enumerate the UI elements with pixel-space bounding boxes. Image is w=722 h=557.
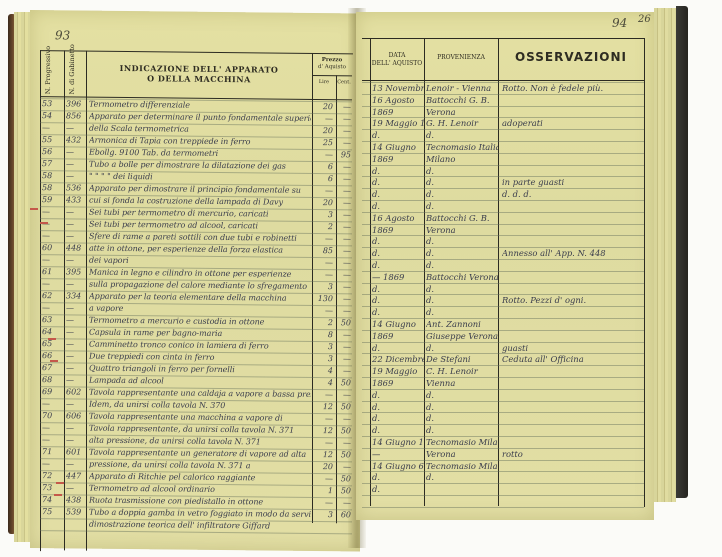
- entry-cabinet-number: 536: [66, 182, 86, 194]
- entry-progressive-number: —: [42, 422, 64, 434]
- entry-cabinet-number: 602: [66, 386, 86, 398]
- entry-observation: guasti: [502, 342, 642, 354]
- entry-progressive-number: 57: [42, 158, 64, 170]
- entry-progressive-number: 75: [42, 506, 64, 518]
- entry-purchase-date: 1869: [372, 106, 424, 118]
- entry-observation: in parte guasti: [502, 176, 642, 188]
- entry-progressive-number: 67: [42, 362, 64, 374]
- entry-cabinet-number: 438: [66, 494, 86, 506]
- entry-price-lire: 12: [313, 401, 333, 413]
- entry-price-lire: —: [313, 389, 333, 401]
- entry-provenance: Verona: [426, 106, 498, 118]
- entry-price-lire: —: [313, 473, 333, 485]
- entry-cabinet-number: —: [66, 422, 86, 434]
- entry-cabinet-number: 396: [66, 98, 86, 110]
- entry-progressive-number: 64: [42, 326, 64, 338]
- entry-progressive-number: 58: [42, 170, 64, 182]
- entry-price-lire: —: [313, 149, 333, 161]
- entry-cabinet-number: 856: [66, 110, 86, 122]
- col-header-apparato: INDICAZIONE DELL' APPARATO O DELLA MACCH…: [86, 63, 312, 85]
- entry-purchase-date: 19 Maggio: [372, 365, 424, 377]
- entry-price-lire: 2: [313, 317, 333, 329]
- entry-provenance: d.: [426, 200, 498, 212]
- entry-provenance: Tecnomasio Milano: [426, 460, 498, 472]
- entry-price-lire: 1: [313, 485, 333, 497]
- col-header-provenienza: PROVENIENZA: [424, 54, 498, 61]
- entry-cabinet-number: 448: [66, 242, 86, 254]
- entry-progressive-number: —: [42, 434, 64, 446]
- entry-purchase-date: d.: [372, 412, 424, 424]
- entry-purchase-date: 1869: [372, 330, 424, 342]
- entry-price-lire: 20: [313, 125, 333, 137]
- entry-progressive-number: —: [42, 254, 64, 266]
- entry-purchase-date: —: [372, 448, 424, 460]
- entry-progressive-number: —: [42, 398, 64, 410]
- entry-cabinet-number: —: [66, 326, 86, 338]
- entry-purchase-date: d.: [372, 188, 424, 200]
- entry-progressive-number: 65: [42, 338, 64, 350]
- entry-provenance: Battocchi Verona: [426, 271, 498, 283]
- entry-cabinet-number: —: [66, 206, 86, 218]
- entry-cabinet-number: —: [66, 170, 86, 182]
- entry-purchase-date: d.: [372, 165, 424, 177]
- entry-purchase-date: 16 Agosto: [372, 94, 424, 106]
- entry-purchase-date: d.: [372, 424, 424, 436]
- entry-price-lire: 3: [313, 209, 333, 221]
- entry-provenance: Battocchi G. B.: [426, 212, 498, 224]
- entry-provenance: d.: [426, 294, 498, 306]
- entry-provenance: d.: [426, 176, 498, 188]
- entry-progressive-number: 59: [42, 194, 64, 206]
- entry-purchase-date: d.: [372, 294, 424, 306]
- entry-price-lire: 12: [313, 449, 333, 461]
- entry-progressive-number: —: [42, 206, 64, 218]
- entry-purchase-date: 14 Giugno: [372, 141, 424, 153]
- entry-progressive-number: 69: [42, 386, 64, 398]
- entry-provenance: d.: [426, 389, 498, 401]
- ledger-book-photo: 93 N. Progressivo N. di Gabinetto INDICA…: [0, 0, 722, 557]
- entry-cabinet-number: 433: [66, 194, 86, 206]
- entry-price-lire: 85: [313, 245, 333, 257]
- page-stack-right: [654, 8, 676, 502]
- entry-cabinet-number: 395: [66, 266, 86, 278]
- entry-cabinet-number: 601: [66, 446, 86, 458]
- entry-provenance: Milano: [426, 153, 498, 165]
- entry-price-lire: 12: [313, 425, 333, 437]
- entry-observation: d. d. d.: [502, 188, 642, 200]
- entry-provenance: d.: [426, 247, 498, 259]
- col-header-progressivo: N. Progressivo: [44, 46, 52, 94]
- entry-cabinet-number: —: [66, 338, 86, 350]
- entry-observation: Rotto. Pezzi d' ogni.: [502, 294, 642, 306]
- entry-purchase-date: 1869: [372, 377, 424, 389]
- entry-provenance: Giuseppe Verona: [426, 330, 498, 342]
- col-header-lire: Lire: [312, 79, 336, 85]
- entry-price-lire: 130: [313, 293, 333, 305]
- entry-price-lire: 4: [313, 365, 333, 377]
- entry-observation: adoperati: [502, 117, 642, 129]
- entry-purchase-date: 14 Giugno 1869: [372, 436, 424, 448]
- entry-provenance: d.: [426, 471, 498, 483]
- entry-price-lire: —: [313, 305, 333, 317]
- entry-progressive-number: 74: [42, 494, 64, 506]
- entry-cabinet-number: 334: [66, 290, 86, 302]
- red-margin-mark: [48, 338, 56, 340]
- entry-provenance: Vienna: [426, 377, 498, 389]
- entry-purchase-date: d.: [372, 306, 424, 318]
- entry-price-lire: 4: [313, 377, 333, 389]
- entry-cabinet-number: —: [66, 122, 86, 134]
- entry-progressive-number: 62: [42, 290, 64, 302]
- entry-progressive-number: —: [42, 278, 64, 290]
- entry-provenance: Ant. Zannoni: [426, 318, 498, 330]
- entry-provenance: G. H. Lenoir: [426, 117, 498, 129]
- entry-progressive-number: 55: [42, 134, 64, 146]
- left-page-number: 93: [55, 28, 70, 42]
- entry-price-lire: 6: [313, 173, 333, 185]
- entry-price-lire: 3: [313, 509, 333, 521]
- entry-progressive-number: 53: [42, 98, 64, 110]
- entry-observation: Annesso all' App. N. 448: [502, 247, 642, 259]
- entry-progressive-number: 60: [42, 242, 64, 254]
- entry-purchase-date: 14 Giugno 69: [372, 460, 424, 472]
- right-page-number: 94: [612, 16, 627, 30]
- entry-provenance: d.: [426, 306, 498, 318]
- entry-provenance: Tecnomasio Milano: [426, 436, 498, 448]
- entry-price-lire: 8: [313, 329, 333, 341]
- entry-cabinet-number: —: [66, 350, 86, 362]
- entry-description: dimostrazione teorica dell' infiltratore…: [89, 519, 311, 533]
- entry-cabinet-number: —: [66, 314, 86, 326]
- entry-price-lire: —: [313, 113, 333, 125]
- entry-progressive-number: 56: [42, 146, 64, 158]
- entry-cabinet-number: 447: [66, 470, 86, 482]
- entry-price-lire: —: [313, 437, 333, 449]
- entry-cabinet-number: —: [66, 398, 86, 410]
- entry-price-lire: 3: [313, 341, 333, 353]
- entry-price-lire: 20: [313, 461, 333, 473]
- entry-provenance: Tecnomasio Italiano: [426, 141, 498, 153]
- left-ruled-lines: [30, 10, 360, 13]
- col-header-data: DATA DELL' AQUISTO: [370, 52, 424, 68]
- entry-purchase-date: 16 Agosto: [372, 212, 424, 224]
- entry-progressive-number: —: [42, 302, 64, 314]
- entry-price-lire: —: [313, 257, 333, 269]
- entry-price-lire: —: [313, 233, 333, 245]
- entry-provenance: Lenoir - Vienna: [426, 82, 498, 94]
- book-cover-right-edge: [676, 6, 688, 498]
- entry-price-lire: 6: [313, 161, 333, 173]
- col-header-gabinetto: N. di Gabinetto: [68, 44, 76, 94]
- red-margin-mark: [56, 482, 64, 484]
- entry-cabinet-number: —: [66, 218, 86, 230]
- entry-purchase-date: 1869: [372, 224, 424, 236]
- left-page: 93 N. Progressivo N. di Gabinetto INDICA…: [30, 10, 360, 551]
- right-page-extra-number: 26: [638, 14, 651, 25]
- entry-provenance: De Stefani: [426, 353, 498, 365]
- entry-purchase-date: 1869: [372, 153, 424, 165]
- entry-price-lire: 3: [313, 281, 333, 293]
- entry-observation: Ceduta all' Officina: [502, 353, 642, 365]
- left-entries: 53396Termometro differenziale20—54856App…: [30, 10, 360, 13]
- entry-progressive-number: 61: [42, 266, 64, 278]
- entry-progressive-number: 68: [42, 374, 64, 386]
- entry-price-lire: 20: [313, 197, 333, 209]
- entry-cabinet-number: —: [66, 146, 86, 158]
- entry-purchase-date: d.: [372, 247, 424, 259]
- entry-progressive-number: 71: [42, 446, 64, 458]
- col-header-prezzo: Prezzo d' Aquisto: [312, 57, 352, 71]
- entry-observation: rotto: [502, 448, 642, 460]
- entry-purchase-date: d.: [372, 259, 424, 271]
- entry-provenance: d.: [426, 235, 498, 247]
- entry-purchase-date: d.: [372, 129, 424, 141]
- entry-cabinet-number: 539: [66, 506, 86, 518]
- entry-provenance: d.: [426, 401, 498, 413]
- entry-price-lire: —: [313, 497, 333, 509]
- entry-purchase-date: d.: [372, 283, 424, 295]
- entry-price-lire: —: [313, 185, 333, 197]
- entry-price-lire: 2: [313, 221, 333, 233]
- entry-provenance: d.: [426, 342, 498, 354]
- entry-provenance: d.: [426, 129, 498, 141]
- entry-cabinet-number: —: [66, 158, 86, 170]
- entry-purchase-date: 19 Maggio 1869: [372, 117, 424, 129]
- entry-provenance: Verona: [426, 224, 498, 236]
- entry-cabinet-number: —: [66, 278, 86, 290]
- entry-cabinet-number: —: [66, 482, 86, 494]
- entry-progressive-number: 72: [42, 470, 64, 482]
- entry-progressive-number: —: [42, 122, 64, 134]
- entry-purchase-date: d.: [372, 200, 424, 212]
- entry-purchase-date: d.: [372, 342, 424, 354]
- entry-cabinet-number: —: [66, 230, 86, 242]
- entry-cabinet-number: —: [66, 362, 86, 374]
- entry-cabinet-number: —: [66, 254, 86, 266]
- entry-provenance: d.: [426, 259, 498, 271]
- entry-provenance: C. H. Lenoir: [426, 365, 498, 377]
- entry-purchase-date: 22 Dicembre 69: [372, 353, 424, 365]
- entry-provenance: Battocchi G. B.: [426, 94, 498, 106]
- entry-purchase-date: d.: [372, 401, 424, 413]
- entry-provenance: Verona: [426, 448, 498, 460]
- entry-price-lire: 20: [313, 101, 333, 113]
- entry-purchase-date: — 1869: [372, 271, 424, 283]
- entry-progressive-number: —: [42, 218, 64, 230]
- entry-provenance: d.: [426, 424, 498, 436]
- entry-progressive-number: —: [42, 230, 64, 242]
- col-header-osservazioni: OSSERVAZIONI: [498, 50, 644, 64]
- entry-progressive-number: 58: [42, 182, 64, 194]
- entry-cabinet-number: 432: [66, 134, 86, 146]
- entry-progressive-number: 73: [42, 482, 64, 494]
- entry-price-lire: —: [313, 269, 333, 281]
- entry-progressive-number: 63: [42, 314, 64, 326]
- entry-progressive-number: 54: [42, 110, 64, 122]
- entry-cabinet-number: 606: [66, 410, 86, 422]
- red-margin-mark: [54, 494, 62, 496]
- entry-purchase-date: d.: [372, 235, 424, 247]
- entry-provenance: d.: [426, 188, 498, 200]
- entry-purchase-date: d.: [372, 389, 424, 401]
- entry-cabinet-number: —: [66, 302, 86, 314]
- red-margin-mark: [30, 208, 38, 210]
- red-margin-mark: [50, 360, 58, 362]
- entry-cabinet-number: —: [66, 458, 86, 470]
- right-page: 94 26 DATA DELL' AQUISTO PROVENIENZA OSS…: [356, 12, 654, 520]
- entry-progressive-number: —: [42, 458, 64, 470]
- entry-price-lire: 25: [313, 137, 333, 149]
- entry-purchase-date: d.: [372, 471, 424, 483]
- entry-observation: Rotto. Non è fedele più.: [502, 82, 642, 94]
- entry-provenance: d.: [426, 283, 498, 295]
- entry-progressive-number: 70: [42, 410, 64, 422]
- entry-purchase-date: d.: [372, 176, 424, 188]
- entry-purchase-date: 14 Giugno: [372, 318, 424, 330]
- entry-cabinet-number: —: [66, 374, 86, 386]
- entry-price-lire: 3: [313, 353, 333, 365]
- entry-provenance: d.: [426, 412, 498, 424]
- entry-purchase-date: d.: [372, 483, 424, 495]
- red-margin-mark: [40, 222, 48, 224]
- entry-purchase-date: 13 Novembre 1868: [372, 82, 424, 94]
- entry-price-lire: —: [313, 413, 333, 425]
- entry-cabinet-number: —: [66, 434, 86, 446]
- entry-provenance: d.: [426, 165, 498, 177]
